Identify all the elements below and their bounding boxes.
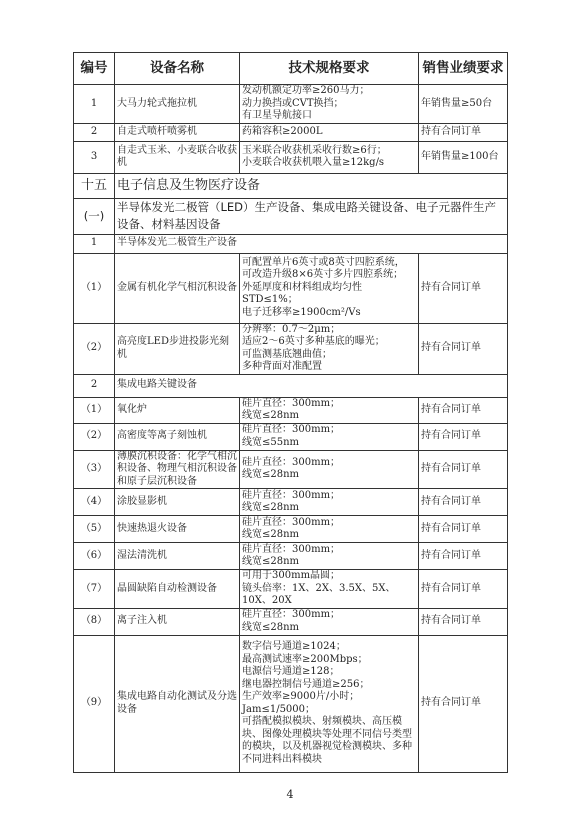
sales-requirement: 持有合同订单 bbox=[419, 253, 508, 323]
equipment-name: 高密度等离子刻蚀机 bbox=[115, 423, 240, 450]
row-number: （8） bbox=[74, 608, 115, 635]
equipment-name: 湿法清洗机 bbox=[115, 543, 240, 570]
header-number: 编号 bbox=[74, 53, 115, 85]
sales-requirement: 持有合同订单 bbox=[419, 516, 508, 543]
equipment-name: 自走式喷杆喷雾机 bbox=[115, 123, 240, 141]
tech-spec: 硅片直径：300mm； 线宽≤28nm bbox=[240, 450, 419, 489]
group-row: 2集成电路关键设备 bbox=[74, 374, 508, 397]
section-title: 电子信息及生物医疗设备 bbox=[115, 173, 508, 198]
equipment-name: 离子注入机 bbox=[115, 608, 240, 635]
tech-spec: 硅片直径：300mm； 线宽≤28nm bbox=[240, 516, 419, 543]
equipment-name: 高亮度LED步进投影光刻机 bbox=[115, 323, 240, 374]
row-number: 1 bbox=[74, 85, 115, 124]
equipment-name: 氧化炉 bbox=[115, 397, 240, 423]
row-number: （1） bbox=[74, 397, 115, 423]
tech-spec: 硅片直径：300mm； 线宽≤55nm bbox=[240, 423, 419, 450]
tech-spec: 可配置单片6英寸或8英寸四腔系统， 可改造升级8×6英寸多片四腔系统； 外延厚度… bbox=[240, 253, 419, 323]
table-row: （2）高亮度LED步进投影光刻机分辨率：0.7～2μm； 适应2～6英寸多种基底… bbox=[74, 323, 508, 374]
sales-requirement: 持有合同订单 bbox=[419, 423, 508, 450]
table-row: 3自走式玉米、小麦联合收获机玉米联合收获机采收行数≥6行； 小麦联合收获机喂入量… bbox=[74, 141, 508, 173]
row-number: 2 bbox=[74, 123, 115, 141]
table-row: （5）快速热退火设备硅片直径：300mm； 线宽≤28nm持有合同订单 bbox=[74, 516, 508, 543]
sales-requirement: 年销售量≥100台 bbox=[419, 141, 508, 173]
tech-spec: 发动机额定功率≥260马力； 动力换挡或CVT换挡； 有卫星导航接口 bbox=[240, 85, 419, 124]
sales-requirement: 持有合同订单 bbox=[419, 570, 508, 609]
group-number: 2 bbox=[74, 374, 115, 397]
group-number: 1 bbox=[74, 234, 115, 253]
table-row: （2）高密度等离子刻蚀机硅片直径：300mm； 线宽≤55nm持有合同订单 bbox=[74, 423, 508, 450]
row-number: 3 bbox=[74, 141, 115, 173]
row-number: （9） bbox=[74, 635, 115, 772]
equipment-name: 晶圆缺陷自动检测设备 bbox=[115, 570, 240, 609]
table-row: （6）湿法清洗机硅片直径：300mm； 线宽≤28nm持有合同订单 bbox=[74, 543, 508, 570]
row-number: （3） bbox=[74, 450, 115, 489]
row-number: （5） bbox=[74, 516, 115, 543]
header-equipment-name: 设备名称 bbox=[115, 53, 240, 85]
page-number: 4 bbox=[0, 788, 580, 801]
group-title: 半导体发光二极管生产设备 bbox=[115, 234, 508, 253]
section-number: 十五 bbox=[74, 173, 115, 198]
header-tech-spec: 技术规格要求 bbox=[240, 53, 419, 85]
sales-requirement: 年销售量≥50台 bbox=[419, 85, 508, 124]
table-row: （8）离子注入机硅片直径：300mm； 线宽≤28nm持有合同订单 bbox=[74, 608, 508, 635]
sales-requirement: 持有合同订单 bbox=[419, 489, 508, 516]
sales-requirement: 持有合同订单 bbox=[419, 635, 508, 772]
table-row: （3）薄膜沉积设备：化学气相沉积设备、物理气相沉积设备和原子层沉积设备硅片直径：… bbox=[74, 450, 508, 489]
equipment-name: 涂胶显影机 bbox=[115, 489, 240, 516]
table-row: （1）金属有机化学气相沉积设备可配置单片6英寸或8英寸四腔系统， 可改造升级8×… bbox=[74, 253, 508, 323]
tech-spec: 硅片直径：300mm； 线宽≤28nm bbox=[240, 489, 419, 516]
equipment-name: 快速热退火设备 bbox=[115, 516, 240, 543]
tech-spec: 玉米联合收获机采收行数≥6行； 小麦联合收获机喂入量≥12kg/s bbox=[240, 141, 419, 173]
tech-spec: 硅片直径：300mm； 线宽≤28nm bbox=[240, 397, 419, 423]
equipment-name: 大马力轮式拖拉机 bbox=[115, 85, 240, 124]
sales-requirement: 持有合同订单 bbox=[419, 123, 508, 141]
tech-spec: 可用于300mm晶圆； 镜头倍率：1X、2X、3.5X、5X、10X、20X bbox=[240, 570, 419, 609]
row-number: （6） bbox=[74, 543, 115, 570]
tech-spec: 数字信号通道≥1024； 最高测试速率≥200Mbps； 电源信号通道≥128；… bbox=[240, 635, 419, 772]
row-number: （7） bbox=[74, 570, 115, 609]
tech-spec: 分辨率：0.7～2μm； 适应2～6英寸多种基底的曝光； 可监测基底翘曲值； 多… bbox=[240, 323, 419, 374]
sales-requirement: 持有合同订单 bbox=[419, 450, 508, 489]
subsection-number: (一) bbox=[74, 198, 115, 234]
tech-spec: 硅片直径：300mm； 线宽≤28nm bbox=[240, 543, 419, 570]
table-row: （7）晶圆缺陷自动检测设备可用于300mm晶圆； 镜头倍率：1X、2X、3.5X… bbox=[74, 570, 508, 609]
subsection-title: 半导体发光二极管（LED）生产设备、集成电路关键设备、电子元器件生产设备、材料基… bbox=[115, 198, 508, 234]
equipment-name: 金属有机化学气相沉积设备 bbox=[115, 253, 240, 323]
table-row: 2自走式喷杆喷雾机药箱容积≥2000L持有合同订单 bbox=[74, 123, 508, 141]
row-number: （2） bbox=[74, 323, 115, 374]
group-row: 1半导体发光二极管生产设备 bbox=[74, 234, 508, 253]
sales-requirement: 持有合同订单 bbox=[419, 543, 508, 570]
tech-spec: 药箱容积≥2000L bbox=[240, 123, 419, 141]
sales-requirement: 持有合同订单 bbox=[419, 323, 508, 374]
section-row: 十五电子信息及生物医疗设备 bbox=[74, 173, 508, 198]
tech-spec: 硅片直径：300mm； 线宽≤28nm bbox=[240, 608, 419, 635]
equipment-name: 自走式玉米、小麦联合收获机 bbox=[115, 141, 240, 173]
table-body: 1大马力轮式拖拉机发动机额定功率≥260马力； 动力换挡或CVT换挡； 有卫星导… bbox=[74, 85, 508, 773]
header-sales-requirement: 销售业绩要求 bbox=[419, 53, 508, 85]
table-row: （4）涂胶显影机硅片直径：300mm； 线宽≤28nm持有合同订单 bbox=[74, 489, 508, 516]
equipment-name: 薄膜沉积设备：化学气相沉积设备、物理气相沉积设备和原子层沉积设备 bbox=[115, 450, 240, 489]
sales-requirement: 持有合同订单 bbox=[419, 397, 508, 423]
table-row: （1）氧化炉硅片直径：300mm； 线宽≤28nm持有合同订单 bbox=[74, 397, 508, 423]
table-row: （9）集成电路自动化测试及分选设备数字信号通道≥1024； 最高测试速率≥200… bbox=[74, 635, 508, 772]
sales-requirement: 持有合同订单 bbox=[419, 608, 508, 635]
row-number: （4） bbox=[74, 489, 115, 516]
table-header-row: 编号 设备名称 技术规格要求 销售业绩要求 bbox=[74, 53, 508, 85]
row-number: （2） bbox=[74, 423, 115, 450]
row-number: （1） bbox=[74, 253, 115, 323]
subsection-row: (一)半导体发光二极管（LED）生产设备、集成电路关键设备、电子元器件生产设备、… bbox=[74, 198, 508, 234]
equipment-spec-table: 编号 设备名称 技术规格要求 销售业绩要求 1大马力轮式拖拉机发动机额定功率≥2… bbox=[73, 52, 508, 773]
table-row: 1大马力轮式拖拉机发动机额定功率≥260马力； 动力换挡或CVT换挡； 有卫星导… bbox=[74, 85, 508, 124]
group-title: 集成电路关键设备 bbox=[115, 374, 508, 397]
equipment-name: 集成电路自动化测试及分选设备 bbox=[115, 635, 240, 772]
